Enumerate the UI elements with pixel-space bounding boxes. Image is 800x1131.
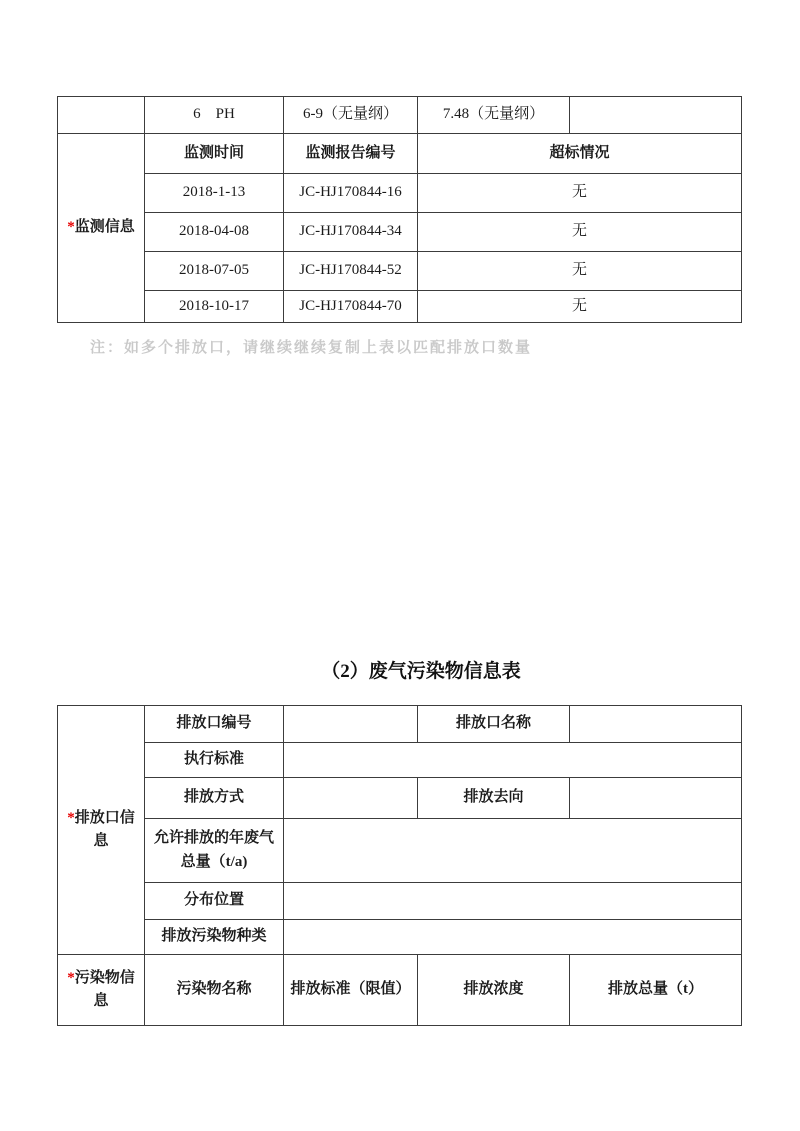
pollutant-section-label-cell: *污染物信息: [58, 955, 145, 1026]
monitoring-row: 2018-07-05 JC-HJ170844-52 无: [58, 252, 742, 291]
outlet-name-value-cell: [570, 706, 742, 743]
discharge-mode-label-cell: 排放方式: [145, 778, 284, 819]
exec-standard-label-cell: 执行标准: [145, 743, 284, 778]
discharge-mode-row: 排放方式 排放去向: [58, 778, 742, 819]
outlet-section-label-cell: *排放口信息: [58, 706, 145, 955]
document-page: 6 PH 6-9（无量纲） 7.48（无量纲） *监测信息 监测时间 监测报告编…: [0, 0, 800, 1131]
outlet-no-label-cell: 排放口编号: [145, 706, 284, 743]
report-no-cell: JC-HJ170844-16: [284, 174, 418, 213]
monitor-time-cell: 2018-1-13: [145, 174, 284, 213]
col-header-exceedance: 超标情况: [418, 134, 742, 174]
pollutant-header-row: *污染物信息 污染物名称 排放标准（限值） 排放浓度 排放总量（t）: [58, 955, 742, 1026]
exec-standard-value-cell: [284, 743, 742, 778]
outlet-section-label: 排放口信息: [75, 810, 135, 849]
outlet-no-value-cell: [284, 706, 418, 743]
emission-total-header-cell: 排放总量（t）: [570, 955, 742, 1026]
gas-pollutant-table: *排放口信息 排放口编号 排放口名称 执行标准 排放方式 排放去向 允许排放的年…: [57, 705, 742, 1026]
monitoring-section-label: 监测信息: [75, 219, 135, 235]
report-no-cell: JC-HJ170844-34: [284, 213, 418, 252]
discharge-destination-value-cell: [570, 778, 742, 819]
exec-standard-row: 执行标准: [58, 743, 742, 778]
monitor-time-cell: 2018-07-05: [145, 252, 284, 291]
ph-row-right-empty-cell: [570, 97, 742, 134]
ph-row-measured-cell: 7.48（无量纲）: [418, 97, 570, 134]
annual-total-value-cell: [284, 819, 742, 883]
pollutant-types-row: 排放污染物种类: [58, 920, 742, 955]
required-asterisk: *: [67, 970, 75, 986]
emission-limit-header-cell: 排放标准（限值）: [284, 955, 418, 1026]
pollutant-types-value-cell: [284, 920, 742, 955]
discharge-mode-value-cell: [284, 778, 418, 819]
ph-row-seq-name-cell: 6 PH: [145, 97, 284, 134]
ph-row-left-empty-cell: [58, 97, 145, 134]
distribution-location-value-cell: [284, 883, 742, 920]
monitoring-row: 2018-1-13 JC-HJ170844-16 无: [58, 174, 742, 213]
annual-total-label-cell: 允许排放的年废气总量（t/a): [145, 819, 284, 883]
monitor-time-cell: 2018-10-17: [145, 291, 284, 323]
gas-section-title: （2）废气污染物信息表: [57, 660, 741, 684]
copy-table-note: 注：如多个排放口，请继续继续复制上表以匹配排放口数量: [90, 336, 532, 357]
ph-row-standard-cell: 6-9（无量纲）: [284, 97, 418, 134]
exceedance-cell: 无: [418, 213, 742, 252]
pollutant-types-label-cell: 排放污染物种类: [145, 920, 284, 955]
monitoring-section-label-cell: *监测信息: [58, 134, 145, 323]
ph-row: 6 PH 6-9（无量纲） 7.48（无量纲）: [58, 97, 742, 134]
report-no-cell: JC-HJ170844-52: [284, 252, 418, 291]
exceedance-cell: 无: [418, 174, 742, 213]
distribution-location-row: 分布位置: [58, 883, 742, 920]
report-no-cell: JC-HJ170844-70: [284, 291, 418, 323]
outlet-no-row: *排放口信息 排放口编号 排放口名称: [58, 706, 742, 743]
emission-concentration-header-cell: 排放浓度: [418, 955, 570, 1026]
distribution-location-label-cell: 分布位置: [145, 883, 284, 920]
monitoring-header-row: *监测信息 监测时间 监测报告编号 超标情况: [58, 134, 742, 174]
discharge-destination-label-cell: 排放去向: [418, 778, 570, 819]
required-asterisk: *: [67, 810, 75, 826]
monitoring-row: 2018-10-17 JC-HJ170844-70 无: [58, 291, 742, 323]
col-header-monitor-time: 监测时间: [145, 134, 284, 174]
monitor-time-cell: 2018-04-08: [145, 213, 284, 252]
exceedance-cell: 无: [418, 252, 742, 291]
monitoring-row: 2018-04-08 JC-HJ170844-34 无: [58, 213, 742, 252]
pollutant-name-header-cell: 污染物名称: [145, 955, 284, 1026]
exceedance-cell: 无: [418, 291, 742, 323]
outlet-name-label-cell: 排放口名称: [418, 706, 570, 743]
col-header-report-no: 监测报告编号: [284, 134, 418, 174]
pollutant-section-label: 污染物信息: [75, 970, 135, 1009]
monitoring-table: 6 PH 6-9（无量纲） 7.48（无量纲） *监测信息 监测时间 监测报告编…: [57, 96, 742, 323]
annual-total-row: 允许排放的年废气总量（t/a): [58, 819, 742, 883]
required-asterisk: *: [67, 219, 75, 235]
